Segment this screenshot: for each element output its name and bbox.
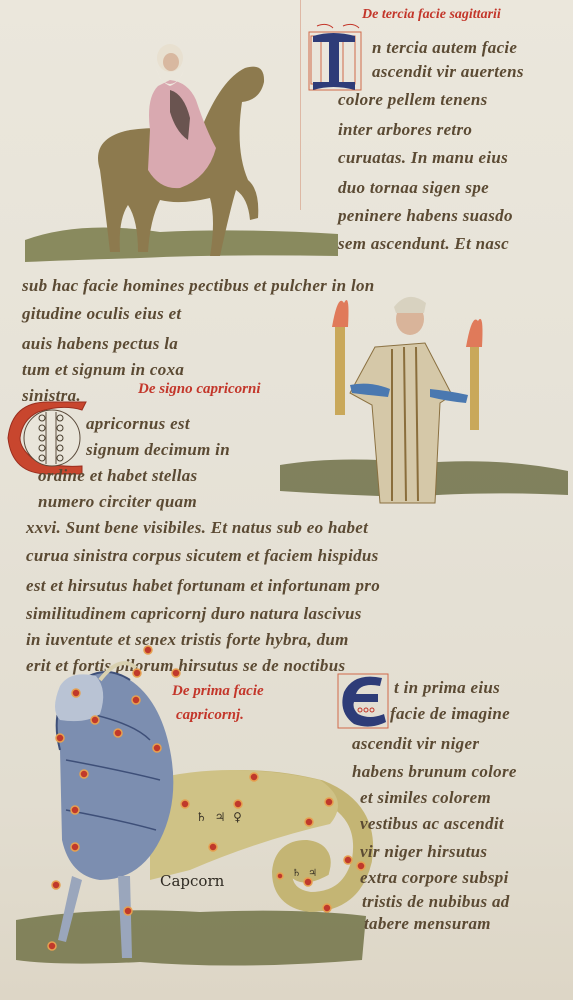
text-line: duo tornaa sigen spe (338, 178, 489, 198)
text-line: numero circiter quam (38, 492, 197, 512)
planet-symbols-tail: ♄ ♃ (292, 868, 319, 879)
text-line: signum decimum in (86, 440, 230, 460)
text-line: sem ascendunt. Et nasc (338, 234, 509, 254)
text-line: t in prima eius (394, 678, 500, 698)
rider-illustration (20, 20, 340, 270)
rubric-section2: De signo capricorni (138, 380, 261, 398)
manuscript-page: De tercia facie sagittarii n tercia aute… (0, 0, 573, 1000)
torchbearer-illustration (280, 285, 573, 515)
rubric-section3-line2: capricornj. (176, 706, 244, 724)
text-line: gitudine oculis eius et (22, 304, 181, 324)
text-line: vir niger hirsutus (360, 842, 487, 862)
text-line: tabere mensuram (364, 914, 491, 934)
text-line: tristis de nubibus ad (362, 892, 510, 912)
text-line: facie de imagine (390, 704, 510, 724)
text-line: ordine et habet stellas (38, 466, 197, 486)
text-line: et similes colorem (360, 788, 491, 808)
text-line: vestibus ac ascendit (360, 814, 504, 834)
initial-I (303, 22, 365, 94)
text-line: curuatas. In manu eius (338, 148, 508, 168)
text-line: auis habens pectus la (22, 334, 178, 354)
text-line: habens brunum colore (352, 762, 517, 782)
text-line: est et hirsutus habet fortunam et infort… (26, 576, 380, 596)
text-line: apricornus est (86, 414, 190, 434)
text-line: ascendit vir auertens (372, 62, 524, 82)
text-line: xxvi. Sunt bene visibiles. Et natus sub … (26, 518, 368, 538)
text-line: n tercia autem facie (372, 38, 517, 58)
planet-symbols-body: ♄ ♃ ♀ (196, 810, 244, 824)
text-line: extra corpore subspi (360, 868, 509, 888)
text-line: tum et signum in coxa (22, 360, 184, 380)
initial-E (334, 668, 392, 732)
text-line: inter arbores retro (338, 120, 472, 140)
capricorn-label: Capcorn (160, 872, 224, 890)
text-line: similitudinem capricornj duro natura las… (26, 604, 362, 624)
text-line: colore pellem tenens (338, 90, 488, 110)
rubric-section3-line1: De prima facie (172, 682, 264, 700)
text-line: curua sinistra corpus sicutem et faciem … (26, 546, 379, 566)
text-line: peninere habens suasdo (338, 206, 513, 226)
rubric-section1: De tercia facie sagittarii (362, 6, 501, 24)
text-line: ascendit vir niger (352, 734, 479, 754)
